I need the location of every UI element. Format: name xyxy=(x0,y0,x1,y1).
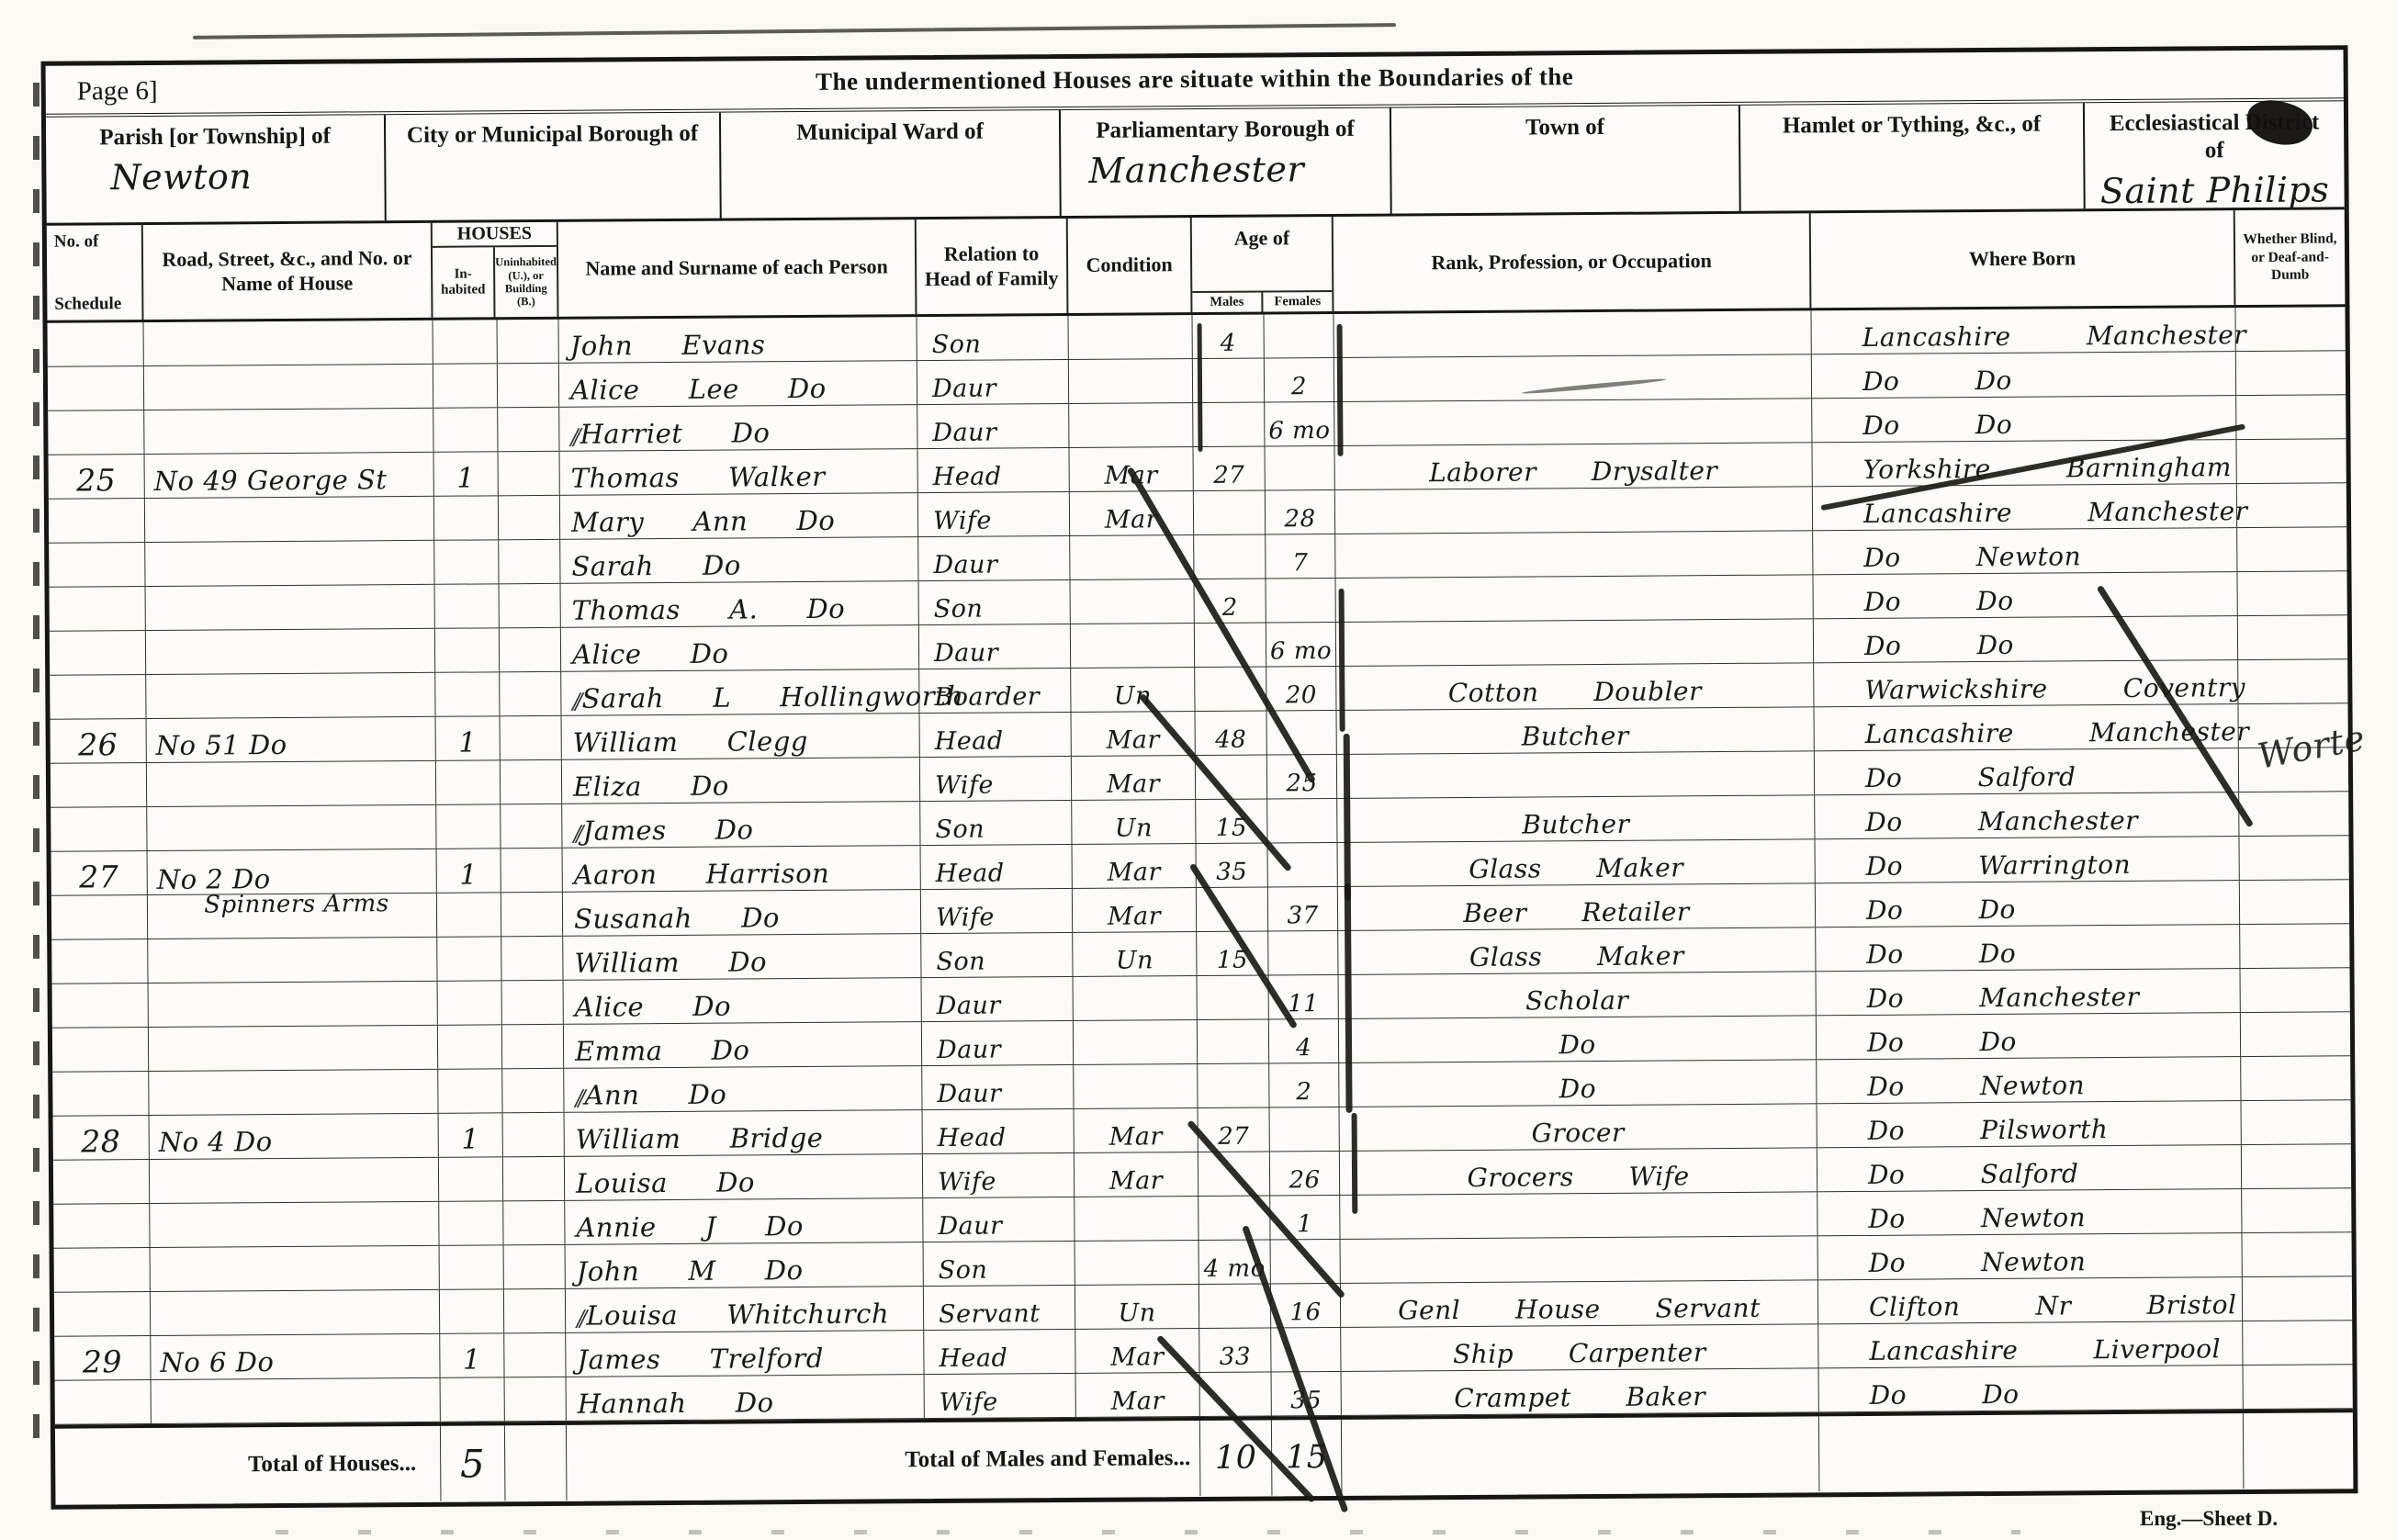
condition-cell: Un xyxy=(1071,668,1195,712)
occupation-cell: Do xyxy=(1339,1016,1817,1062)
age-females-cell: 6 mo xyxy=(1265,402,1334,446)
infirm-cell xyxy=(2242,1232,2351,1276)
schedule-cell xyxy=(49,543,145,587)
road-cell: No 49 George St xyxy=(145,453,434,498)
road-cell xyxy=(147,761,436,806)
where-born-cell: Do Do xyxy=(1812,396,2236,442)
hamlet-label: Hamlet or Tything, &c., of xyxy=(1740,110,2083,141)
condition-cell xyxy=(1070,535,1194,579)
road-cell xyxy=(151,1290,440,1335)
where-born-cell: Do Do xyxy=(1819,1366,2244,1411)
page-number: Page 6] xyxy=(77,76,158,107)
name-cell: William Do xyxy=(563,934,921,980)
census-sheet: Page 6] The undermentioned Houses are si… xyxy=(0,0,2397,1540)
age-females-cell: 1 xyxy=(1270,1196,1340,1240)
name-cell: Thomas A. Do xyxy=(561,581,919,627)
col-age: Age of xyxy=(1192,217,1333,291)
inhabited-cell: 1 xyxy=(437,849,501,892)
name-cell: ∕∕James Do xyxy=(562,802,920,848)
col-females: Females xyxy=(1263,292,1332,312)
age-males-cell xyxy=(1193,402,1265,446)
where-born-cell: Do Newton xyxy=(1817,1057,2241,1103)
condition-cell xyxy=(1069,359,1193,403)
name-cell: Mary Ann Do xyxy=(560,493,918,539)
relation-cell: Boarder xyxy=(919,669,1071,713)
occupation-cell: Genl House Servant xyxy=(1341,1280,1818,1327)
where-born-cell: Do Newton xyxy=(1818,1233,2243,1279)
age-females-cell xyxy=(1271,1240,1341,1284)
inhabited-cell xyxy=(436,804,501,848)
infirm-cell xyxy=(2241,1012,2350,1056)
inhabited-cell xyxy=(440,1245,504,1288)
person-name: Hannah Do xyxy=(578,1389,774,1417)
infirm-cell xyxy=(2243,1365,2352,1409)
where-born-cell: Warwickshire Coventry xyxy=(1814,660,2238,706)
where-born-cell: Do Pilsworth xyxy=(1817,1101,2242,1147)
ecclesiastical-district-label: Ecclesiastical District of xyxy=(2085,108,2344,165)
parliamentary-borough-value: Manchester xyxy=(1061,149,1390,191)
age-males-cell: 4 mo xyxy=(1199,1240,1271,1284)
relation-cell: Wife xyxy=(920,757,1072,801)
where-born-cell: Do Salford xyxy=(1817,1145,2242,1191)
person-name: Alice Do xyxy=(575,994,732,1021)
inhabited-cell xyxy=(441,1377,505,1421)
uninhabited-cell xyxy=(502,1025,564,1068)
uninhabited-cell xyxy=(501,893,563,936)
condition-cell: Mar xyxy=(1075,1329,1199,1373)
age-females-cell xyxy=(1264,314,1334,358)
uninhabited-cell xyxy=(500,628,561,671)
infirm-cell xyxy=(2237,483,2346,527)
schedule-cell: 27 xyxy=(51,851,148,895)
name-cell: Susanah Do xyxy=(563,890,921,936)
uninhabited-cell xyxy=(504,1333,566,1377)
infirm-cell xyxy=(2242,1188,2351,1232)
person-name: Alice Do xyxy=(572,641,729,669)
relation-cell: Wife xyxy=(918,492,1070,536)
enumerator-tick-mark: ∕∕ xyxy=(570,426,576,448)
col-condition: Condition xyxy=(1068,218,1193,313)
age-males-cell: 15 xyxy=(1196,799,1267,843)
uninhabited-cell xyxy=(500,584,561,627)
road-text: No 49 George St xyxy=(154,466,388,495)
where-born-cell: Do Do xyxy=(1816,881,2240,927)
inhabited-cell xyxy=(433,320,498,363)
person-name: Sarah Do xyxy=(571,552,741,579)
ink-blot xyxy=(2242,94,2317,152)
condition-cell: Mar xyxy=(1073,888,1197,932)
where-born-cell: Lancashire Manchester xyxy=(1813,484,2237,530)
age-females-cell: 4 xyxy=(1269,1019,1339,1063)
relation-cell: Head xyxy=(920,713,1072,757)
name-cell: ∕∕Louisa Whitchurch xyxy=(566,1287,924,1332)
relation-cell: Daur xyxy=(922,977,1074,1021)
column-headers: No. of Schedule Road, Street, &c., and N… xyxy=(47,209,2346,322)
schedule-cell xyxy=(52,1072,149,1116)
name-cell: James Trelford xyxy=(566,1331,924,1377)
where-born-cell: Clifton Nr Bristol xyxy=(1818,1277,2243,1323)
occupation-cell: Glass Maker xyxy=(1338,927,1816,974)
occupation-cell xyxy=(1335,531,1813,578)
uninhabited-cell xyxy=(499,496,560,539)
road-text: No 2 Do xyxy=(157,866,271,894)
infirm-cell xyxy=(2240,968,2349,1012)
road-cell xyxy=(149,982,438,1027)
age-males-cell: 27 xyxy=(1198,1107,1270,1152)
col-houses: HOUSES xyxy=(433,222,557,248)
inhabited-cell xyxy=(435,628,500,671)
age-males-cell xyxy=(1200,1372,1272,1416)
condition-cell: Un xyxy=(1072,800,1196,844)
condition-cell xyxy=(1074,1020,1198,1064)
age-females-cell xyxy=(1266,579,1335,623)
condition-cell: Mar xyxy=(1075,1108,1198,1152)
col-relation: Relation to Head of Family xyxy=(917,219,1069,314)
age-females-cell: 28 xyxy=(1266,490,1335,534)
road-cell xyxy=(150,1202,439,1247)
infirm-cell xyxy=(2243,1321,2352,1365)
occupation-cell: Grocer xyxy=(1340,1104,1817,1151)
age-females-cell: 25 xyxy=(1267,755,1337,799)
uninhabited-cell xyxy=(502,981,564,1024)
relation-cell: Wife xyxy=(921,889,1073,933)
age-females-cell xyxy=(1265,446,1334,490)
col-age-group: Age of Males Females xyxy=(1192,217,1334,312)
relation-cell: Son xyxy=(919,580,1071,624)
age-males-cell xyxy=(1198,1019,1269,1063)
total-houses-value: 5 xyxy=(441,1425,506,1501)
road-cell xyxy=(149,1026,438,1071)
inhabited-cell xyxy=(439,1157,503,1200)
condition-cell: Un xyxy=(1073,932,1197,976)
age-males-cell: 48 xyxy=(1196,711,1267,755)
where-born-cell: Yorkshire Barningham xyxy=(1812,440,2236,486)
where-born-cell: Do Do xyxy=(1816,925,2240,971)
condition-cell xyxy=(1071,624,1195,668)
scan-edge-line xyxy=(193,23,1396,39)
name-cell: Hannah Do xyxy=(567,1375,925,1421)
parliamentary-borough-box: Parliamentary Borough of Manchester xyxy=(1061,108,1392,217)
inhabited-cell: 1 xyxy=(440,1333,504,1377)
person-name: Aaron Harrison xyxy=(574,860,830,889)
uninhabited-cell xyxy=(501,760,562,804)
age-males-cell xyxy=(1198,1196,1270,1240)
road-cell xyxy=(144,365,433,410)
road-cell: No 2 DoSpinners Arms xyxy=(148,849,437,894)
inhabited-cell xyxy=(433,364,498,407)
age-females-cell: 7 xyxy=(1266,534,1335,579)
road-cell xyxy=(145,497,434,542)
where-born-cell: Lancashire Manchester xyxy=(1811,308,2235,354)
age-females-cell xyxy=(1268,931,1338,975)
uninhabited-cell xyxy=(503,1201,565,1244)
uninhabited-cell xyxy=(499,452,560,495)
inhabited-cell: 1 xyxy=(436,716,501,759)
condition-cell: Mar xyxy=(1069,447,1193,491)
col-males: Males xyxy=(1192,293,1263,313)
road-cell xyxy=(146,673,435,718)
schedule-cell: 28 xyxy=(53,1116,150,1160)
name-cell: Louisa Do xyxy=(565,1154,923,1200)
age-males-cell: 35 xyxy=(1197,843,1268,887)
age-males-cell: 4 xyxy=(1192,314,1264,358)
person-name: Harriet Do xyxy=(580,420,770,447)
col-where-born: Where Born xyxy=(1811,210,2236,308)
schedule-cell xyxy=(51,895,148,939)
schedule-cell: 26 xyxy=(51,719,147,763)
age-males-cell xyxy=(1198,975,1269,1019)
occupation-cell xyxy=(1334,399,1812,445)
age-females-cell: 26 xyxy=(1270,1152,1340,1196)
name-cell: ∕∕Ann Do xyxy=(564,1066,922,1112)
relation-cell: Daur xyxy=(919,624,1071,669)
town-label: Town of xyxy=(1391,113,1739,143)
schedule-cell xyxy=(50,675,146,719)
infirm-cell xyxy=(2236,439,2346,483)
person-name: James Do xyxy=(582,816,753,844)
road-cell xyxy=(150,1158,439,1203)
road-cell xyxy=(147,805,436,850)
person-name: Louisa Whitchurch xyxy=(586,1300,889,1329)
person-name: Emma Do xyxy=(575,1037,750,1064)
city-borough-label: City or Municipal Borough of xyxy=(386,120,719,151)
occupation-cell: Butcher xyxy=(1337,795,1815,842)
uninhabited-cell xyxy=(501,804,562,848)
occupation-cell xyxy=(1334,354,1812,401)
age-males-cell xyxy=(1194,490,1266,534)
infirm-cell xyxy=(2237,571,2346,615)
where-born-cell: Do Newton xyxy=(1813,528,2237,574)
schedule-cell xyxy=(54,1248,151,1292)
age-females-cell xyxy=(1266,711,1336,755)
enumerator-tick-mark: ∕∕ xyxy=(573,823,579,845)
condition-cell xyxy=(1074,1064,1198,1108)
where-born-cell: Do Newton xyxy=(1817,1189,2242,1235)
relation-cell: Head xyxy=(917,448,1069,492)
person-name: William Clegg xyxy=(573,728,808,757)
road-cell: No 51 Do xyxy=(147,717,436,762)
uninhabited-cell xyxy=(501,849,563,892)
city-borough-box: City or Municipal Borough of xyxy=(386,113,722,221)
col-occupation: Rank, Profession, or Occupation xyxy=(1334,213,1812,311)
age-males-cell: 15 xyxy=(1197,931,1268,975)
road-text: No 6 Do xyxy=(160,1349,274,1377)
name-cell: ∕∕Harriet Do xyxy=(559,405,917,451)
census-rows: John EvansSon4Lancashire ManchesterAlice… xyxy=(48,307,2353,1424)
age-males-cell xyxy=(1198,1063,1269,1107)
age-males-cell xyxy=(1196,755,1267,799)
name-cell: Thomas Walker xyxy=(560,449,918,495)
occupation-cell: Laborer Drysalter xyxy=(1334,443,1812,489)
inhabited-cell xyxy=(440,1289,504,1332)
where-born-cell: Lancashire Manchester xyxy=(1814,704,2238,750)
relation-cell: Head xyxy=(921,845,1073,889)
municipal-ward-value xyxy=(721,151,1059,153)
where-born-cell: Do Warrington xyxy=(1815,837,2239,882)
age-males-cell xyxy=(1195,623,1266,667)
uninhabited-cell xyxy=(504,1245,566,1288)
occupation-cell: Scholar xyxy=(1339,972,1817,1018)
occupation-cell xyxy=(1335,487,1813,534)
name-cell: ∕∕Sarah L Hollingworth xyxy=(561,669,919,715)
road-cell xyxy=(144,409,433,454)
col-infirm: Whether Blind, or Deaf-and-Dumb xyxy=(2235,209,2346,305)
schedule-cell xyxy=(53,1204,150,1248)
age-males-cell: 2 xyxy=(1194,579,1266,623)
relation-cell: Son xyxy=(920,801,1072,845)
person-name: Eliza Do xyxy=(573,773,729,801)
schedule-cell xyxy=(48,322,144,366)
name-cell: Sarah Do xyxy=(560,537,918,583)
occupation-cell xyxy=(1340,1192,1817,1239)
where-born-cell: Do Manchester xyxy=(1816,969,2240,1015)
schedule-cell xyxy=(50,587,146,631)
infirm-cell xyxy=(2236,395,2346,439)
relation-cell: Daur xyxy=(917,360,1069,404)
person-name: Louisa Do xyxy=(576,1169,755,1197)
person-name: Sarah L Hollingworth xyxy=(581,683,963,713)
age-females-cell xyxy=(1270,1107,1340,1152)
census-form-frame: Page 6] The undermentioned Houses are si… xyxy=(41,45,2358,1509)
inhabited-cell xyxy=(438,1069,502,1112)
person-name: John M Do xyxy=(577,1257,804,1286)
uninhabited-cell xyxy=(498,320,559,363)
age-females-cell: 2 xyxy=(1269,1063,1339,1107)
schedule-cell xyxy=(51,807,147,851)
road-cell xyxy=(146,629,435,674)
inhabited-cell xyxy=(433,408,498,451)
relation-cell: Daur xyxy=(922,1021,1074,1065)
col-houses-group: HOUSES In-habited Uninhabited (U.), or B… xyxy=(433,222,559,318)
col-schedule: No. of Schedule xyxy=(47,225,144,320)
condition-cell: Mar xyxy=(1070,491,1194,535)
age-males-cell: 33 xyxy=(1199,1328,1271,1372)
enumerator-tick-mark: ∕∕ xyxy=(575,1087,580,1109)
age-females-cell: 6 mo xyxy=(1266,623,1336,667)
schedule-cell xyxy=(51,939,148,984)
road-text: No 51 Do xyxy=(156,732,287,759)
age-females-cell: 11 xyxy=(1269,975,1339,1019)
road-cell xyxy=(148,938,437,983)
totals-row: Total of Houses... 5 Total of Males and … xyxy=(55,1409,2354,1503)
schedule-cell xyxy=(52,1028,149,1072)
age-females-cell: 2 xyxy=(1265,358,1334,402)
uninhabited-cell xyxy=(498,364,559,407)
relation-cell: Son xyxy=(924,1242,1075,1286)
road-text: No 4 Do xyxy=(159,1129,273,1156)
condition-cell: Mar xyxy=(1073,844,1197,888)
relation-cell: Wife xyxy=(923,1153,1075,1197)
infirm-cell xyxy=(2242,1144,2351,1188)
where-born-cell: Do Salford xyxy=(1815,748,2239,794)
hamlet-value xyxy=(1740,143,2083,146)
condition-cell xyxy=(1070,579,1194,624)
city-borough-value xyxy=(386,153,719,156)
where-born-cell: Do Do xyxy=(1814,616,2238,662)
name-cell: Eliza Do xyxy=(562,758,920,804)
total-houses-label: Total of Houses... xyxy=(55,1426,442,1504)
schedule-cell: 25 xyxy=(49,455,145,499)
person-name: James Trelford xyxy=(577,1345,824,1374)
infirm-cell xyxy=(2237,527,2346,571)
age-females-cell xyxy=(1268,843,1338,887)
age-males-cell xyxy=(1197,887,1268,931)
col-road: Road, Street, &c., and No. or Name of Ho… xyxy=(143,223,433,320)
municipal-ward-label: Municipal Ward of xyxy=(721,118,1059,148)
person-name: Alice Lee Do xyxy=(570,376,827,404)
relation-cell: Daur xyxy=(917,404,1069,448)
totals-spacer xyxy=(505,1425,568,1501)
totals-infirm-cell xyxy=(2244,1412,2354,1489)
binding-marks xyxy=(33,83,39,1442)
age-males-cell: 27 xyxy=(1193,446,1265,490)
occupation-cell: Beer Retailer xyxy=(1338,883,1816,930)
col-inhabited: In-habited xyxy=(433,247,496,317)
occupation-cell: Ship Carpenter xyxy=(1341,1324,1818,1371)
relation-cell: Daur xyxy=(918,536,1070,580)
where-born-cell: Do Do xyxy=(1812,352,2236,398)
condition-cell xyxy=(1074,976,1198,1020)
scan-smudge xyxy=(276,1530,2020,1534)
relation-cell: Wife xyxy=(925,1374,1076,1418)
name-cell: Alice Do xyxy=(561,625,919,671)
parish-value: Newton xyxy=(46,155,384,198)
enumerator-tick-mark: ∕∕ xyxy=(577,1308,582,1330)
age-females-cell xyxy=(1267,799,1337,843)
relation-cell: Daur xyxy=(922,1065,1074,1109)
person-name: Mary Ann Do xyxy=(571,508,835,536)
uninhabited-cell xyxy=(503,1113,565,1156)
road-cell xyxy=(145,541,434,586)
schedule-cell: 29 xyxy=(54,1336,151,1380)
relation-cell: Head xyxy=(923,1109,1075,1153)
infirm-cell xyxy=(2240,880,2349,924)
municipal-ward-box: Municipal Ward of xyxy=(721,110,1062,219)
parish-box: Parish [or Township] of Newton xyxy=(46,115,387,223)
geographic-header: Parish [or Township] of Newton City or M… xyxy=(46,101,2345,225)
name-cell: Alice Lee Do xyxy=(559,361,917,407)
inhabited-cell: 1 xyxy=(434,452,499,495)
condition-cell: Mar xyxy=(1072,756,1196,800)
condition-cell: Mar xyxy=(1075,1152,1198,1197)
road-cell xyxy=(149,1070,438,1115)
inhabited-cell: 1 xyxy=(439,1113,503,1156)
schedule-cell xyxy=(48,410,144,455)
uninhabited-cell xyxy=(505,1377,567,1421)
enumerator-tick-mark: ∕∕ xyxy=(572,691,578,713)
totals-born-cell xyxy=(1819,1413,2245,1491)
occupation-cell: Cotton Doubler xyxy=(1336,663,1814,710)
uninhabited-cell xyxy=(504,1289,566,1332)
uninhabited-cell xyxy=(498,408,559,451)
town-value xyxy=(1391,146,1739,149)
col-schedule-line1: No. of xyxy=(54,230,99,253)
schedule-cell xyxy=(48,366,144,410)
infirm-cell xyxy=(2236,351,2346,395)
road-cell: No 4 Do xyxy=(150,1114,439,1159)
ecclesiastical-district-box: Ecclesiastical District of Saint Philips xyxy=(2085,101,2345,208)
road-cell xyxy=(146,585,435,630)
infirm-cell xyxy=(2240,924,2349,968)
condition-cell: Mar xyxy=(1076,1373,1200,1417)
total-mf-label: Total of Males and Females... xyxy=(567,1421,1201,1501)
person-name: William Do xyxy=(574,949,767,976)
ecclesiastical-district-value: Saint Philips xyxy=(2085,169,2344,211)
age-females-cell xyxy=(1271,1328,1341,1372)
relation-cell: Son xyxy=(917,316,1068,360)
totals-occupation-cell xyxy=(1342,1416,1820,1495)
inhabited-cell xyxy=(438,981,502,1024)
